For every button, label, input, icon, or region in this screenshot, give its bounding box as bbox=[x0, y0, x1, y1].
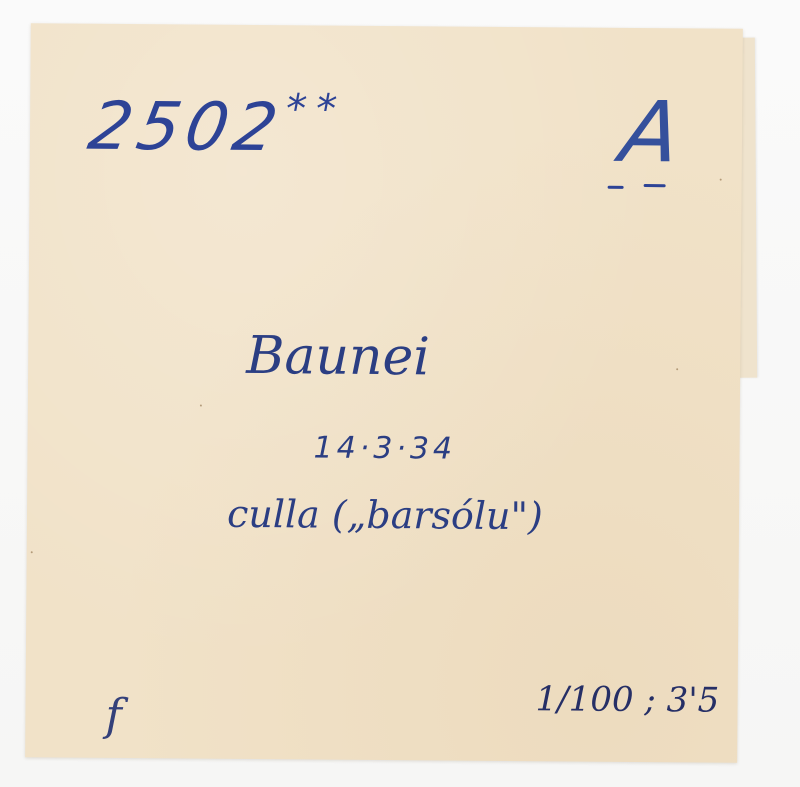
catalog-asterisks: ** bbox=[281, 86, 349, 132]
archival-card: 2502** A Baunei 14·3·34 culla („barsólu"… bbox=[25, 23, 743, 763]
paper-speck bbox=[31, 551, 33, 553]
series-underline-right bbox=[644, 184, 666, 187]
date: 14·3·34 bbox=[313, 433, 456, 464]
series-underline-left bbox=[608, 186, 624, 189]
paper-speck bbox=[676, 368, 678, 370]
paper-speck bbox=[720, 179, 722, 181]
catalog-number: 2502** bbox=[84, 94, 348, 162]
signature-mark: f bbox=[105, 694, 122, 738]
place-name: Baunei bbox=[246, 330, 430, 383]
paper-speck bbox=[200, 405, 202, 407]
catalog-number-value: 2502 bbox=[83, 88, 289, 166]
series-letter: A bbox=[616, 90, 686, 174]
dialect-term: culla („barsólu") bbox=[227, 495, 543, 535]
scale-info: 1/100 ; 3'5 bbox=[535, 682, 719, 717]
